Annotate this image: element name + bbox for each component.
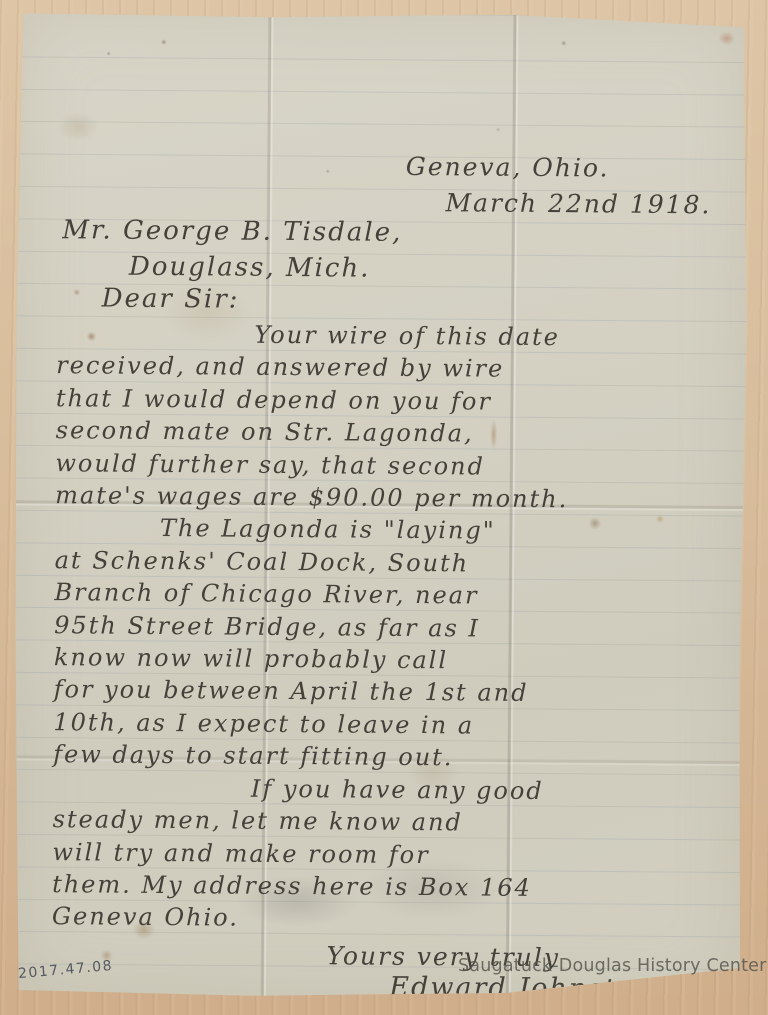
letter-line: second mate on Str. Lagonda,: [56, 414, 569, 450]
watermark-text: Saugatuck-Douglas History Center: [458, 956, 767, 976]
letter-line: Your wire of this date: [56, 317, 569, 353]
letter-line: at Schenks' Coal Dock, South: [55, 544, 568, 580]
letter-body: Your wire of this datereceived, and answ…: [52, 317, 570, 937]
letter-line: mate's wages are $90.00 per month.: [55, 479, 568, 515]
letter-line: Branch of Chicago River, near: [54, 576, 567, 612]
letter-line: will try and make room for: [52, 836, 565, 872]
letter-line: received, and answered by wire: [56, 350, 569, 386]
letter-line: 95th Street Bridge, as far as I: [54, 609, 567, 645]
salutation: Dear Sir:: [102, 284, 240, 315]
letter-line: If you have any good: [53, 771, 566, 807]
letter-line: would further say, that second: [55, 447, 568, 483]
date-line: March 22nd 1918.: [445, 188, 711, 219]
photo-background: Geneva, Ohio. March 22nd 1918. Mr. Georg…: [0, 0, 768, 1015]
place-line: Geneva, Ohio.: [406, 152, 610, 183]
letter-line: for you between April the 1st and: [54, 674, 567, 710]
letter-line: The Lagonda is "laying": [55, 512, 568, 548]
letter-line: know now will probably call: [54, 641, 567, 677]
letter-line: Geneva Ohio.: [52, 900, 565, 936]
letter-line: few days to start fitting out.: [53, 738, 566, 774]
letter-line: them. My address here is Box 164: [52, 868, 565, 904]
signature: Edward Johnston.: [389, 972, 665, 1005]
letter-line: steady men, let me know and: [53, 803, 566, 839]
letter-line: 10th, as I expect to leave in a: [53, 706, 566, 742]
letter-content: Geneva, Ohio. March 22nd 1918. Mr. Georg…: [11, 11, 749, 1002]
recipient-name: Mr. George B. Tisdale,: [62, 215, 402, 248]
recipient-city: Douglass, Mich.: [129, 252, 371, 284]
letter-line: that I would depend on you for: [56, 382, 569, 418]
letter-paper: Geneva, Ohio. March 22nd 1918. Mr. Georg…: [11, 11, 749, 1002]
